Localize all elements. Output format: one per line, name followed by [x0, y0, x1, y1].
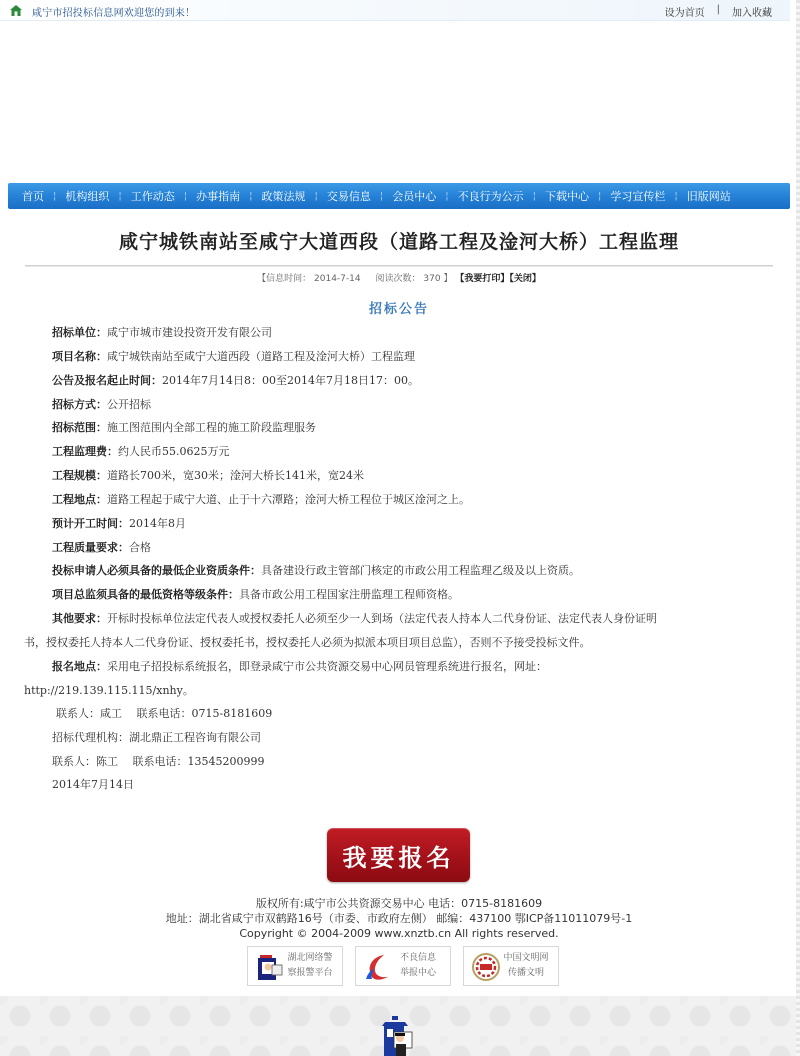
print-link[interactable]: 【我要打印】	[455, 274, 509, 284]
registration-url[interactable]: http://219.139.115.115/xnhy。	[24, 682, 194, 698]
nav-item-home[interactable]: 首页	[13, 188, 53, 204]
field-project-name: 项目名称：咸宁城铁南站至咸宁大道西段（道路工程及淦河大桥）工程监理	[52, 348, 415, 364]
reads-label: 阅读次数：	[375, 274, 420, 284]
info-time: 2014-7-14	[314, 274, 361, 284]
badge-bad-info-report[interactable]: 不良信息举报中心	[355, 946, 451, 986]
nav-item-guide[interactable]: 办事指南	[187, 188, 249, 204]
nav-item-trade-info[interactable]: 交易信息	[318, 188, 380, 204]
contact-tenderer: 联系人：咸工 联系电话：0715-8181609	[56, 705, 272, 721]
badge-cyber-police[interactable]: 湖北网络警察报警平台	[247, 946, 343, 986]
badge-civilization[interactable]: 中国文明网传播文明	[463, 946, 559, 986]
badge-label: 湖北网络警察报警平台	[284, 951, 336, 981]
announcement-date: 2014年7月14日	[52, 776, 134, 792]
add-favorite-link[interactable]: 加入收藏	[732, 4, 772, 19]
close-link[interactable]: 【关闭】	[509, 274, 541, 284]
field-start-date: 预计开工时间：2014年8月	[52, 515, 186, 531]
home-icon	[10, 5, 22, 16]
field-tenderer: 招标单位：咸宁市城市建设投资开发有限公司	[52, 324, 272, 340]
field-quality: 工程质量要求：合格	[52, 539, 151, 555]
article-meta: 【信息时间： 2014-7-14 阅读次数： 370 】 【我要打印】【关闭】	[0, 271, 798, 284]
top-bar: 咸宁市招投标信息网欢迎您的到来！ 设为首页 | 加入收藏	[0, 0, 790, 21]
police-mascot-icon[interactable]	[380, 1016, 416, 1056]
welcome-text: 咸宁市招投标信息网欢迎您的到来！	[32, 4, 195, 19]
top-links-separator: |	[717, 4, 720, 19]
contact-agency: 联系人：陈工 联系电话：13545200999	[52, 753, 264, 769]
report-swoosh-icon	[362, 951, 394, 983]
read-count: 370	[423, 274, 440, 284]
field-other-requirements: 其他要求：开标时投标单位法定代表人或授权委托人必须至少一人到场（法定代表人持本人…	[52, 610, 657, 626]
police-booth-icon	[254, 951, 286, 983]
nav-item-member-center[interactable]: 会员中心	[383, 188, 445, 204]
field-min-enterprise-qualification: 投标申请人必须具备的最低企业资质条件：具备建设行政主管部门核定的市政公用工程监理…	[52, 562, 580, 578]
civilization-emblem-icon	[470, 951, 502, 983]
title-divider	[25, 265, 773, 267]
nav-item-work-news[interactable]: 工作动态	[122, 188, 184, 204]
bidding-agency: 招标代理机构：湖北鼎正工程咨询有限公司	[52, 729, 261, 745]
badge-label: 中国文明网传播文明	[500, 951, 552, 981]
field-bidding-method: 招标方式：公开招标	[52, 396, 151, 412]
field-scope: 招标范围：施工图范围内全部工程的施工阶段监理服务	[52, 419, 316, 435]
footer-address: 地址：湖北省咸宁市双鹤路16号（市委、市政府左侧） 邮编：437100 鄂ICP…	[0, 911, 798, 926]
nav-item-organization[interactable]: 机构组织	[56, 188, 118, 204]
nav-item-downloads[interactable]: 下载中心	[536, 188, 598, 204]
set-homepage-link[interactable]: 设为首页	[665, 4, 705, 19]
field-min-director-qualification: 项目总监须具备的最低资格等级条件：具备市政公用工程国家注册监理工程师资格。	[52, 586, 459, 602]
field-registration-period: 公告及报名起止时间：2014年7月14日8：00至2014年7月18日17：00…	[52, 372, 419, 388]
nav-item-misconduct[interactable]: 不良行为公示	[449, 188, 533, 204]
article-title: 咸宁城铁南站至咸宁大道西段（道路工程及淦河大桥）工程监理	[0, 227, 798, 254]
meta-close-bracket: 】	[443, 274, 452, 284]
nav-item-old-site[interactable]: 旧版网站	[678, 188, 740, 204]
footer-copyright: Copyright © 2004-2009 www.xnztb.cn All r…	[0, 926, 798, 941]
footer: 版权所有:咸宁市公共资源交易中心 电话：0715-8181609 地址：湖北省咸…	[0, 896, 798, 941]
field-registration-location: 报名地点：采用电子招投标系统报名，即登录咸宁市公共资源交易中心网员管理系统进行报…	[52, 658, 547, 674]
nav-item-learning[interactable]: 学习宣传栏	[601, 188, 674, 204]
nav-item-policies[interactable]: 政策法规	[253, 188, 315, 204]
field-other-requirements-cont: 书，授权委托人持本人二代身份证、授权委托书，授权委托人必须为拟派本项目项目总监）…	[24, 634, 591, 650]
signup-button[interactable]: 我要报名	[327, 828, 470, 882]
main-nav: 首页 ¦ 机构组织 ¦ 工作动态 ¦ 办事指南 ¦ 政策法规 ¦ 交易信息 ¦ …	[8, 183, 790, 209]
top-links: 设为首页 | 加入收藏	[665, 4, 772, 19]
field-scale: 工程规模：道路长700米，宽30米；淦河大桥长141米，宽24米	[52, 467, 364, 483]
footer-copyright-owner: 版权所有:咸宁市公共资源交易中心 电话：0715-8181609	[0, 896, 798, 911]
info-time-label: 【信息时间：	[257, 274, 311, 284]
badge-label: 不良信息举报中心	[392, 951, 444, 981]
announcement-heading: 招标公告	[0, 298, 798, 317]
field-location: 工程地点：道路工程起于咸宁大道、止于十六潭路；淦河大桥工程位于城区淦河之上。	[52, 491, 470, 507]
field-supervision-fee: 工程监理费：约人民币55.0625万元	[52, 443, 230, 459]
footer-badges: 湖北网络警察报警平台 不良信息举报中心 中国文明网传播文明	[247, 946, 559, 986]
